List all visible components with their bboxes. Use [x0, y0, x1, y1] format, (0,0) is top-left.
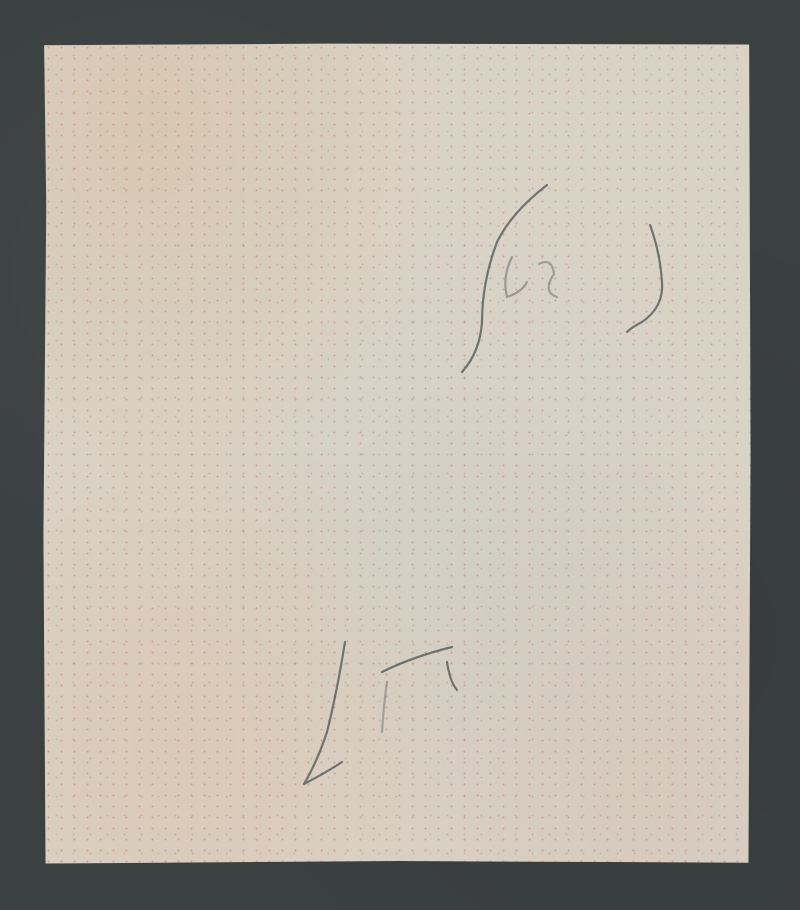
right-bracket-mark: [627, 225, 662, 332]
inner-digit-mark-2: [539, 262, 557, 297]
pencil-markings: [42, 42, 752, 866]
inner-digit-mark: [505, 257, 527, 297]
signature-stroke-1: [304, 642, 345, 784]
stamp-reverse: [42, 42, 752, 866]
signature-stroke-3: [382, 647, 452, 672]
signature-stroke-4: [447, 662, 457, 690]
signature-stroke-5: [382, 682, 387, 732]
